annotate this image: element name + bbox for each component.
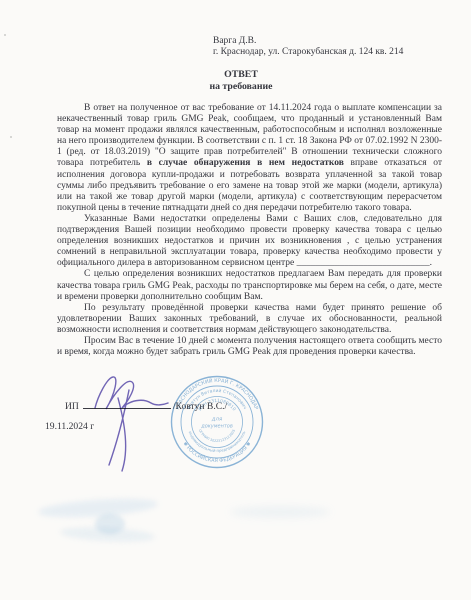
signature-scrawl bbox=[95, 377, 168, 471]
letter-title-block: ОТВЕТ на требование bbox=[57, 69, 425, 94]
ink-smudge bbox=[95, 514, 125, 534]
signature-date: 19.11.2024 г bbox=[45, 421, 94, 432]
letter-subtitle: на требование bbox=[57, 81, 425, 93]
stamp-center-line2: документов bbox=[200, 424, 233, 430]
signatory-prefix: ИП bbox=[65, 401, 79, 412]
stamp-ogrnip-text: ОГРНИП 30223123123005 bbox=[198, 429, 236, 443]
paragraph-2: Указанные Вами недостатки определены Вам… bbox=[57, 214, 442, 269]
stamp-center-line1: для bbox=[211, 417, 223, 423]
svg-text:✱ РОССИЙСКАЯ ФЕДЕРАЦИЯ ✱: ✱ РОССИЙСКАЯ ФЕДЕРАЦИЯ ✱ bbox=[181, 440, 253, 464]
ink-smudge bbox=[60, 526, 156, 544]
paragraph-4: По результату проведённой проверки качес… bbox=[57, 303, 442, 336]
round-stamp: КРАСНОДАРСКИЙ КРАЙ Г. КРАСНОДАР ✱ РОССИЙ… bbox=[155, 360, 279, 484]
svg-text:индивидуальный предприниматель: индивидуальный предприниматель bbox=[188, 430, 247, 453]
scan-speck bbox=[10, 136, 12, 138]
stamp-country-text: ✱ РОССИЙСКАЯ ФЕДЕРАЦИЯ ✱ bbox=[181, 440, 253, 464]
stamp-rings bbox=[172, 377, 263, 468]
letter-title: ОТВЕТ bbox=[57, 69, 425, 81]
paragraph-1: В ответ на полученное от вас требование … bbox=[57, 103, 442, 214]
signature-line bbox=[83, 399, 171, 409]
signature-row: ИП/Ковтун В.С./ bbox=[65, 399, 227, 412]
handwritten-signature bbox=[85, 368, 185, 478]
svg-text:ОГРНИП 30223123123005: ОГРНИП 30223123123005 bbox=[198, 429, 236, 443]
recipient-block: Варга Д.В. г. Краснодар, ул. Старокубанс… bbox=[213, 36, 403, 58]
stamp-entrepreneur-text: индивидуальный предприниматель bbox=[188, 430, 247, 453]
scan-speck bbox=[4, 34, 6, 36]
paragraph-3: С целью определения возникших недостатко… bbox=[57, 269, 442, 302]
document-page: Варга Д.В. г. Краснодар, ул. Старокубанс… bbox=[0, 0, 471, 600]
recipient-name: Варга Д.В. bbox=[213, 36, 403, 47]
ink-smudge bbox=[38, 496, 159, 520]
signatory-name: /Ковтун В.С./ bbox=[173, 401, 227, 412]
paragraph-5: Просим Вас в течение 10 дней с момента п… bbox=[57, 336, 442, 358]
letter-body: В ответ на полученное от вас требование … bbox=[57, 103, 442, 358]
paragraph-1-bold-text: в случае обнаружения в нем недостатков bbox=[147, 158, 344, 168]
ink-smudge bbox=[230, 506, 330, 518]
recipient-address: г. Краснодар, ул. Старокубанская д. 124 … bbox=[213, 47, 403, 58]
